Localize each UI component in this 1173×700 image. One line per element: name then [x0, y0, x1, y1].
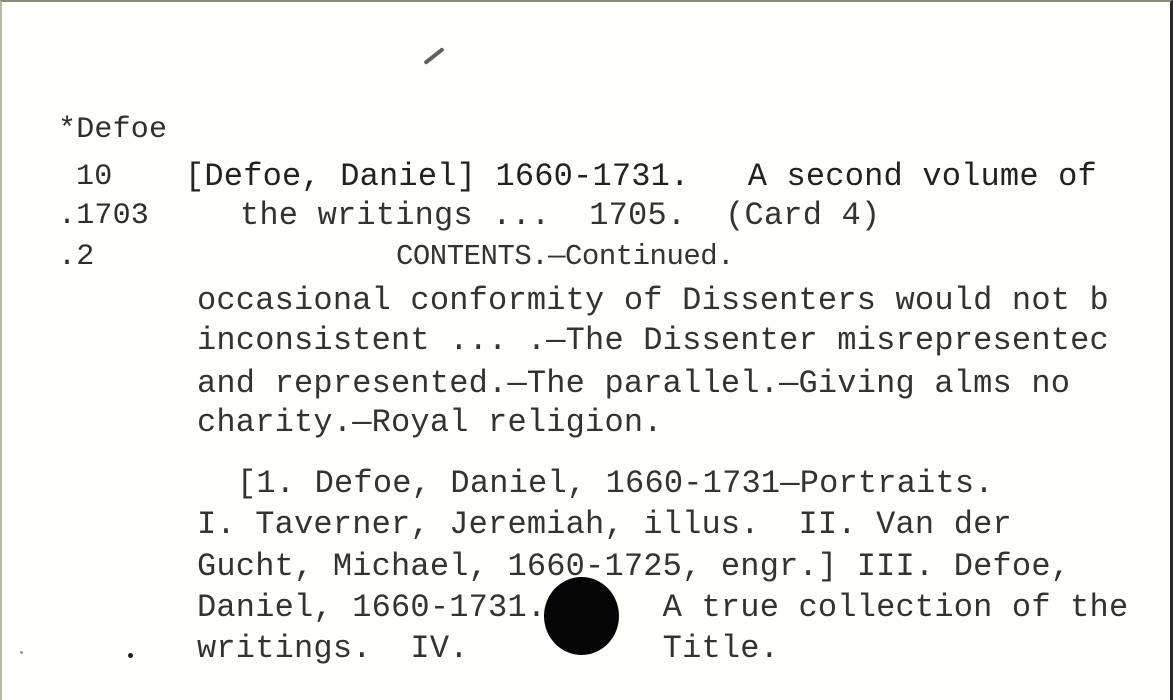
catalog-card: *Defoe 10 .1703 .2 [Defoe, Daniel] 1660-…: [0, 0, 1173, 700]
call-number-line-1: *Defoe: [58, 112, 167, 148]
tracing-line-3: Gucht, Michael, 1660-1725, engr.] III. D…: [197, 549, 1070, 585]
punch-hole: [544, 577, 619, 655]
contents-line-1: occasional conformity of Dissenters woul…: [197, 283, 1109, 319]
ink-speck: [128, 653, 133, 658]
contents-label: CONTENTS.—Continued.: [396, 239, 734, 275]
call-number-line-3: .1703: [58, 198, 149, 234]
call-number-line-4: .2: [58, 239, 94, 275]
call-number-line-2: 10: [76, 159, 112, 195]
contents-line-4: charity.—Royal religion.: [197, 405, 663, 441]
contents-line-2: inconsistent ... .—The Dissenter misrepr…: [197, 323, 1109, 359]
main-entry-heading: [Defoe, Daniel] 1660-1731. A second volu…: [185, 159, 1097, 195]
contents-line-3: and represented.—The parallel.—Giving al…: [197, 366, 1070, 402]
title-imprint-line: the writings ... 1705. (Card 4): [240, 198, 880, 234]
tracing-line-5: writings. IV. Title.: [197, 631, 779, 667]
tracing-line-2: I. Taverner, Jeremiah, illus. II. Van de…: [197, 507, 1012, 543]
ink-speck: [20, 651, 23, 654]
tracing-line-1: [1. Defoe, Daniel, 1660-1731—Portraits.: [237, 466, 994, 502]
pencil-check-mark: [423, 47, 444, 65]
tracing-line-4: Daniel, 1660-1731. A true collection of …: [197, 590, 1128, 626]
